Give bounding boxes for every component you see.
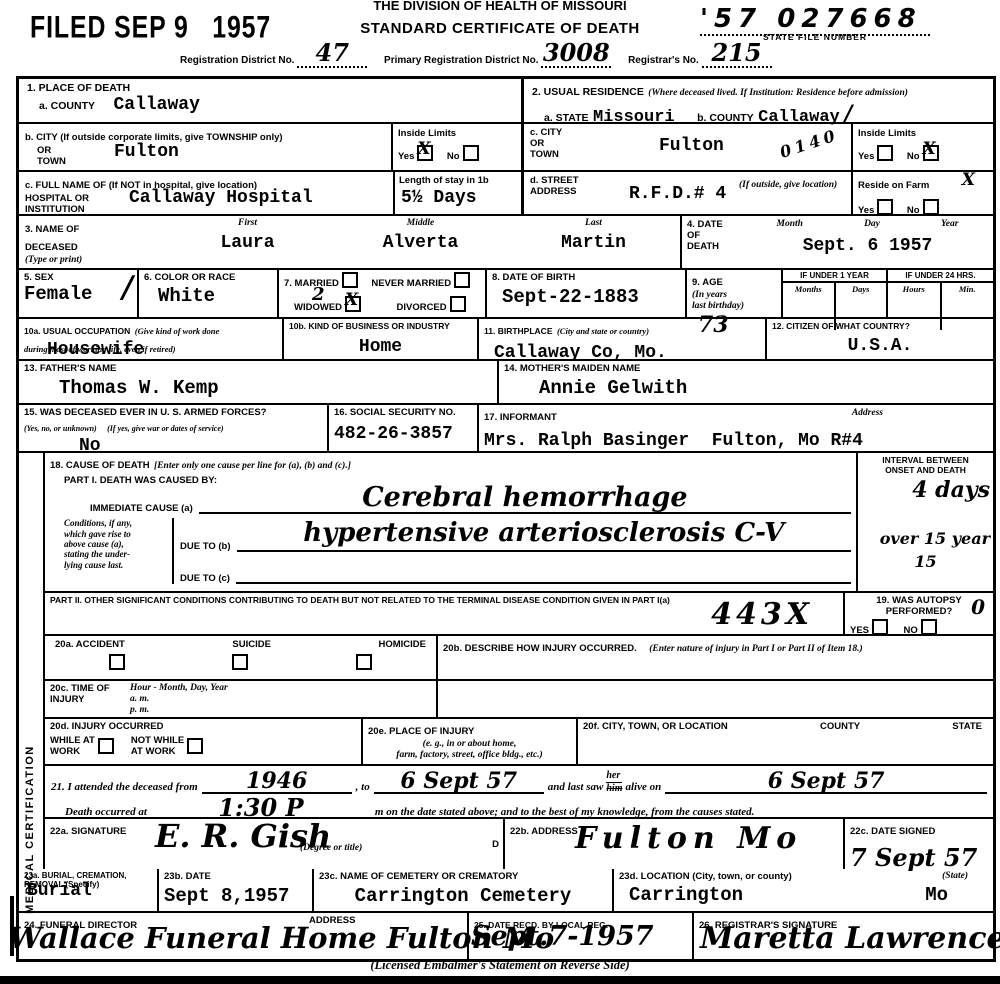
homicide-checkbox: [356, 654, 372, 670]
cause-b-value: hypertensive arteriosclerosis C-V: [303, 518, 784, 548]
residence-county-label: b. COUNTY: [697, 112, 754, 124]
cause-c-blank: [236, 562, 851, 584]
middle-name-value: Alverta: [334, 233, 507, 253]
alive-on-value: 6 Sept 57: [768, 768, 885, 794]
fathers-name-value: Thomas W. Kemp: [59, 377, 492, 399]
accident-label: 20a. ACCIDENT: [55, 639, 125, 650]
kind-of-business-value: Home: [289, 337, 472, 357]
primary-district-value: 3008: [543, 38, 610, 67]
birthplace-value: Callaway Co, Mo.: [494, 343, 760, 363]
length-of-stay-label: Length of stay in 1b: [399, 175, 517, 186]
mothers-maiden-name-value: Annie Gelwith: [539, 377, 988, 399]
yes-checkmark: X: [417, 139, 430, 159]
armed-forces-label: 15. WAS DECEASED EVER IN U. S. ARMED FOR…: [24, 407, 322, 418]
burial-location-label: 23d. LOCATION (City, town, or county): [619, 871, 792, 882]
hospital-value: Callaway Hospital: [129, 188, 313, 208]
not-while-at-work-label: NOT WHILE AT WORK: [131, 735, 184, 757]
mothers-maiden-name-label: 14. MOTHER'S MAIDEN NAME: [504, 363, 988, 374]
date-of-birth-value: Sept-22-1883: [502, 286, 680, 308]
part2-value: 443X: [711, 597, 813, 632]
last-saw-label: and last saw: [548, 781, 604, 794]
due-to-b-label: DUE TO (b): [180, 541, 231, 552]
yes-label: Yes: [398, 151, 414, 162]
autopsy-label: 19. WAS AUTOPSY PERFORMED?: [850, 595, 988, 617]
date-signed-value: 7 Sept 57: [850, 843, 988, 872]
her-label: her: [606, 770, 622, 783]
if-under-24-hrs-label: IF UNDER 24 HRS.: [888, 270, 993, 283]
widowed-scribble: 2: [312, 284, 325, 305]
age-label: 9. AGE: [692, 277, 723, 288]
describe-injury-label: 20b. DESCRIBE HOW INJURY OCCURRED.: [443, 643, 637, 654]
armed-forces-paren2: (If yes, give war or dates of service): [107, 424, 223, 433]
attended-pre-label: 21. I attended the deceased from: [51, 781, 198, 794]
medical-certification-strip: MEDICAL CERTIFICATION: [19, 453, 45, 869]
cause-of-death-bracket: [Enter only one cause per line for (a), …: [154, 461, 351, 471]
scan-edge-mark: [0, 896, 14, 956]
fathers-name-label: 13. FATHER'S NAME: [24, 363, 492, 374]
birthplace-paren: (City and state or country): [557, 326, 649, 336]
immediate-cause-label: IMMEDIATE CAUSE (a): [90, 503, 193, 514]
no-label: No: [447, 151, 460, 162]
place-of-injury-label: 20e. PLACE OF INJURY: [368, 726, 474, 737]
farm-no-checkbox: [923, 199, 939, 215]
date-of-birth-label: 8. DATE OF BIRTH: [492, 272, 680, 283]
time-of-injury-label: 20c. TIME OF INJURY: [50, 683, 130, 715]
place-of-death-title: 1. PLACE OF DEATH: [27, 82, 513, 94]
residence-limits-no-checkbox: X: [923, 145, 939, 161]
widowed-checkmark: X: [345, 290, 358, 310]
registrar-no-label: Registrar's No.: [628, 55, 699, 66]
death-occurred-label: Death occurred at: [65, 806, 147, 819]
burial-state-label: (State): [942, 871, 968, 882]
d-mark: D: [492, 839, 499, 850]
usual-residence-paren: (Where deceased lived. If Institution: R…: [648, 88, 908, 98]
ssn-label: 16. SOCIAL SECURITY NO.: [334, 407, 472, 418]
cause-of-death-label: 18. CAUSE OF DEATH: [50, 460, 150, 471]
middle-name-label: Middle: [334, 218, 507, 229]
cemetery-value: Carrington Cemetery: [319, 885, 607, 907]
usual-residence-title: 2. USUAL RESIDENCE: [532, 86, 644, 98]
residence-yes-label: Yes: [858, 151, 874, 162]
ssn-value: 482-26-3857: [334, 424, 472, 444]
signature-address-value: Fulton Mo: [575, 821, 802, 856]
scan-bottom-bar: [0, 976, 1000, 984]
last-name-value: Martin: [507, 233, 680, 253]
date-of-death-title: 4. DATE OF DEATH: [682, 216, 742, 268]
inside-limits-no-checkbox: [463, 145, 479, 161]
street-value: R.F.D.# 4: [629, 184, 726, 204]
not-while-at-work-checkbox: [187, 738, 203, 754]
name-of-deceased-title: 3. NAME OF DECEASED: [25, 224, 79, 253]
injury-occurred-label: 20d. INJURY OCCURRED: [50, 721, 356, 732]
reg-district-label: Registration District No.: [180, 55, 294, 66]
registrar-signature-value: Maretta Lawrence: [700, 921, 1000, 956]
interval-b2-value: 15: [861, 552, 990, 571]
first-name-label: First: [161, 218, 334, 229]
injury-city-label: 20f. CITY, TOWN, OR LOCATION: [583, 721, 728, 762]
injury-state-label: STATE: [952, 721, 982, 762]
inside-limits-yes-checkbox: X: [417, 145, 433, 161]
residence-city-value: Fulton: [659, 136, 724, 156]
last-name-label: Last: [507, 218, 680, 229]
no-checkmark: X: [923, 139, 936, 159]
residence-no-label: No: [907, 151, 920, 162]
time-of-injury-blank: [438, 681, 993, 717]
reside-on-farm-label: Reside on Farm: [858, 180, 929, 191]
autopsy-yes-label: YES: [850, 625, 869, 636]
burial-state-value: Mo: [925, 884, 948, 906]
married-checkbox: [342, 272, 358, 288]
autopsy-yes-checkbox: [872, 619, 888, 635]
month-label: Month: [777, 219, 803, 230]
never-married-checkbox: [454, 272, 470, 288]
death-post-label: m on the date stated above; and to the b…: [375, 806, 754, 819]
sex-value: Female: [24, 283, 92, 305]
burial-value: Burial: [27, 881, 92, 901]
residence-state-label: a. STATE: [544, 112, 589, 124]
certificate-form: 1. PLACE OF DEATH a. COUNTY Callaway b. …: [16, 76, 996, 962]
suicide-label: SUICIDE: [232, 639, 271, 650]
time-of-injury-sub: Hour - Month, Day, Year: [130, 683, 228, 694]
autopsy-scribble: 0: [971, 595, 985, 619]
place-of-injury-paren: (e. g., in or about home, farm, factory,…: [368, 739, 571, 761]
farm-yes-label: Yes: [858, 205, 874, 216]
widowed-checkbox: X: [345, 296, 361, 312]
residence-inside-limits-label: Inside Limits: [858, 128, 988, 139]
if-under-1-year-label: IF UNDER 1 YEAR: [783, 270, 886, 283]
date-signed-label: 22c. DATE SIGNED: [850, 826, 935, 837]
interval-b-value: over 15 year: [861, 529, 990, 548]
street-paren: (If outside, give location): [739, 180, 837, 191]
county-label: a. COUNTY: [39, 100, 95, 112]
city-value: Fulton: [114, 142, 179, 162]
reg-district-value: 47: [316, 38, 349, 67]
primary-district-label: Primary Registration District No.: [384, 55, 538, 66]
death-certificate-scan: FILED SEP 9 1957 THE DIVISION OF HEALTH …: [0, 0, 1000, 984]
never-married-label: NEVER MARRIED: [371, 278, 451, 289]
informant-value: Mrs. Ralph Basinger: [484, 431, 689, 451]
district-line: Registration District No. 47 Primary Reg…: [180, 50, 990, 68]
interval-a-value: 4 days: [861, 477, 990, 503]
cause-a-value: Cerebral hemorrhage: [362, 482, 687, 513]
autopsy-no-label: NO: [903, 625, 917, 636]
birthplace-label: 11. BIRTHPLACE: [484, 326, 553, 336]
autopsy-no-checkbox: [921, 619, 937, 635]
attended-to-value: 6 Sept 57: [400, 768, 517, 794]
length-of-stay-value: 5½ Days: [401, 188, 477, 208]
inside-limits-label: Inside Limits: [398, 128, 516, 139]
usual-occupation-value: Housewife: [47, 340, 144, 360]
alive-on-label: alive on: [625, 781, 661, 794]
age-paren: (In years last birthday): [692, 290, 744, 312]
kind-of-business-label: 10b. KIND OF BUSINESS OR INDUSTRY: [289, 321, 472, 331]
registrar-no-value: 215: [712, 38, 762, 67]
pm-label: p. m.: [130, 705, 228, 716]
burial-location-value: Carrington: [629, 884, 743, 906]
divorced-label: DIVORCED: [396, 302, 446, 313]
sex-label: 5. SEX: [24, 272, 132, 283]
date-recd-value: Sept.7-1957: [471, 921, 654, 952]
while-at-work-checkbox: [98, 738, 114, 754]
informant-address-label: Address: [852, 408, 883, 419]
degree-or-title-label: (Degree or title): [300, 843, 362, 854]
residence-limits-yes-checkbox: [877, 145, 893, 161]
informant-address-value: Fulton, Mo R#4: [712, 431, 863, 451]
type-or-print-note: (Type or print): [25, 255, 155, 266]
while-at-work-label: WHILE AT WORK: [50, 735, 95, 757]
citizen-label: 12. CITIZEN OF WHAT COUNTRY?: [772, 321, 988, 331]
farm-checkmark: X: [962, 170, 975, 190]
day-label: Day: [864, 219, 880, 230]
attended-from-value: 1946: [246, 768, 307, 794]
suicide-checkbox: [232, 654, 248, 670]
year-label: Year: [941, 219, 958, 230]
color-or-race-value: White: [158, 285, 272, 307]
due-to-c-label: DUE TO (c): [180, 573, 230, 584]
injury-county-label: COUNTY: [820, 721, 860, 762]
accident-checkbox: [109, 654, 125, 670]
signature-label: 22a. SIGNATURE: [50, 826, 126, 837]
state-file-number-block: '57 027668 STATE FILE NUMBER: [700, 4, 960, 42]
farm-yes-checkbox: [877, 199, 893, 215]
signature-address-label: 22b. ADDRESS: [510, 826, 578, 837]
interval-title: INTERVAL BETWEEN ONSET AND DEATH: [861, 455, 990, 475]
city-or-town-label: OR TOWN: [37, 145, 385, 167]
first-name-value: Laura: [161, 233, 334, 253]
county-value: Callaway: [113, 95, 199, 115]
burial-date-label: 23b. DATE: [164, 871, 307, 882]
date-of-death-value: Sept. 6 1957: [746, 236, 989, 256]
sex-scribble: /: [122, 270, 133, 305]
him-label-struck: him: [606, 783, 622, 795]
homicide-label: HOMICIDE: [379, 639, 427, 650]
burial-date-value: Sept 8,1957: [164, 885, 307, 907]
am-label: a. m.: [130, 694, 228, 705]
armed-forces-paren1: (Yes, no, or unknown): [24, 424, 97, 433]
embalmer-note: (Licensed Embalmer's Statement on Revers…: [370, 958, 629, 972]
conditions-note: Conditions, if any, which gave rise to a…: [64, 518, 172, 584]
citizen-value: U.S.A.: [772, 336, 988, 356]
usual-occupation-label: 10a. USUAL OCCUPATION: [24, 326, 130, 336]
describe-injury-paren: (Enter nature of injury in Part I or Par…: [649, 644, 863, 654]
informant-label: 17. INFORMANT: [484, 412, 557, 423]
color-or-race-label: 6. COLOR OR RACE: [144, 272, 272, 283]
attended-to-label: , to: [356, 781, 370, 794]
cemetery-label: 23c. NAME OF CEMETERY OR CREMATORY: [319, 871, 607, 882]
farm-no-label: No: [907, 205, 920, 216]
divorced-checkbox: [450, 296, 466, 312]
burial-label: 23a. BURIAL, CREMATION,: [24, 871, 152, 880]
